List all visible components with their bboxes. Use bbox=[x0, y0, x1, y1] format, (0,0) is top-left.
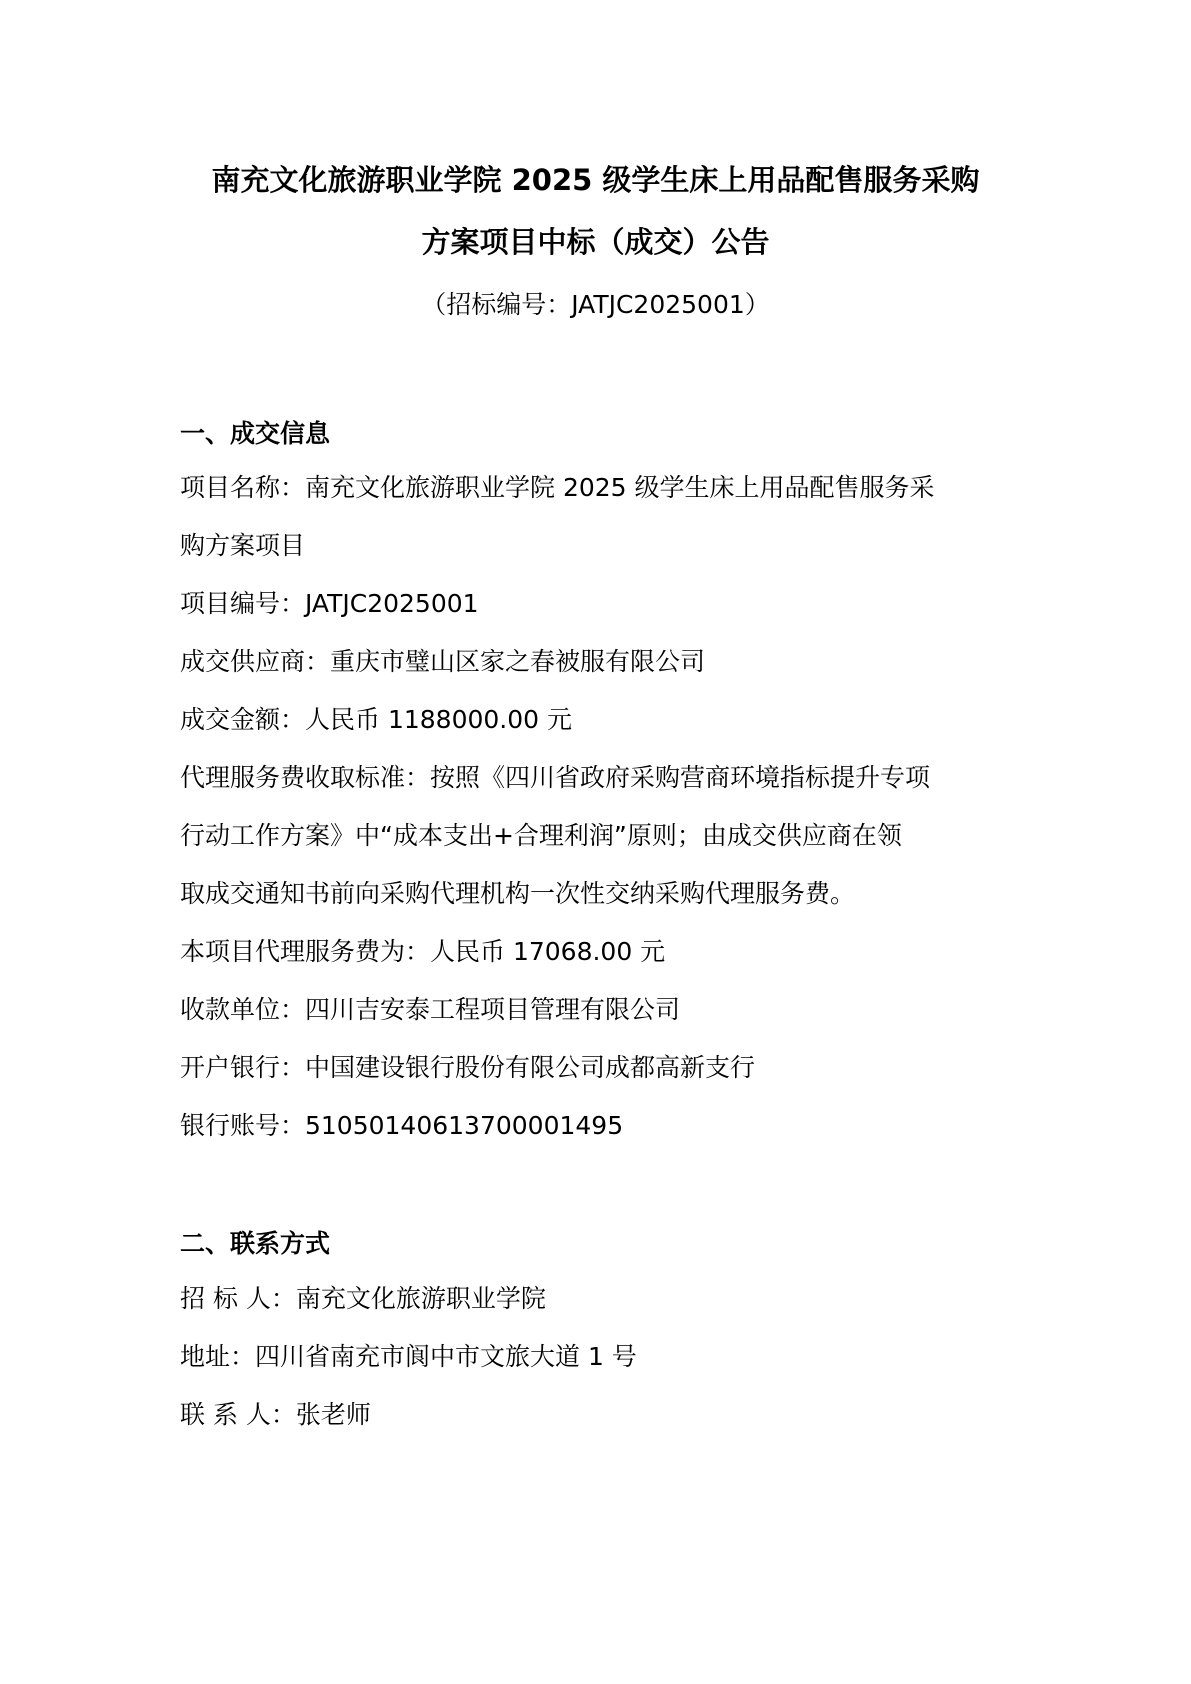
contact-person: 联 系 人：张老师 bbox=[180, 1399, 371, 1431]
project-number: 项目编号：JATJC2025001 bbox=[180, 588, 479, 620]
project-name-line-2: 购方案项目 bbox=[180, 530, 305, 562]
document-page: 南充文化旅游职业学院 2025 级学生床上用品配售服务采购 方案项目中标（成交）… bbox=[0, 0, 1191, 1684]
winning-supplier: 成交供应商：重庆市璧山区家之春被服有限公司 bbox=[180, 646, 705, 678]
document-title-line-2: 方案项目中标（成交）公告 bbox=[150, 220, 1041, 261]
bank-account: 银行账号：51050140613700001495 bbox=[180, 1110, 623, 1142]
bank-name: 开户银行：中国建设银行股份有限公司成都高新支行 bbox=[180, 1052, 755, 1084]
agency-fee-standard-line-1: 代理服务费收取标准：按照《四川省政府采购营商环境指标提升专项 bbox=[180, 762, 930, 794]
document-title-line-1: 南充文化旅游职业学院 2025 级学生床上用品配售服务采购 bbox=[150, 158, 1041, 199]
section-heading-deal-info: 一、成交信息 bbox=[180, 414, 330, 450]
project-name-line-1: 项目名称：南充文化旅游职业学院 2025 级学生床上用品配售服务采 bbox=[180, 472, 935, 504]
tender-number: （招标编号：JATJC2025001） bbox=[150, 285, 1041, 321]
agency-fee-standard-line-2: 行动工作方案》中“成本支出+合理利润”原则；由成交供应商在领 bbox=[180, 820, 902, 852]
agency-fee-standard-line-3: 取成交通知书前向采购代理机构一次性交纳采购代理服务费。 bbox=[180, 878, 855, 910]
agency-fee-amount: 本项目代理服务费为：人民币 17068.00 元 bbox=[180, 936, 665, 968]
payee: 收款单位：四川吉安泰工程项目管理有限公司 bbox=[180, 994, 680, 1026]
tenderer: 招 标 人：南充文化旅游职业学院 bbox=[180, 1283, 546, 1315]
address: 地址：四川省南充市阆中市文旅大道 1 号 bbox=[180, 1341, 637, 1373]
section-heading-contact: 二、联系方式 bbox=[180, 1224, 330, 1260]
deal-amount: 成交金额：人民币 1188000.00 元 bbox=[180, 704, 572, 736]
